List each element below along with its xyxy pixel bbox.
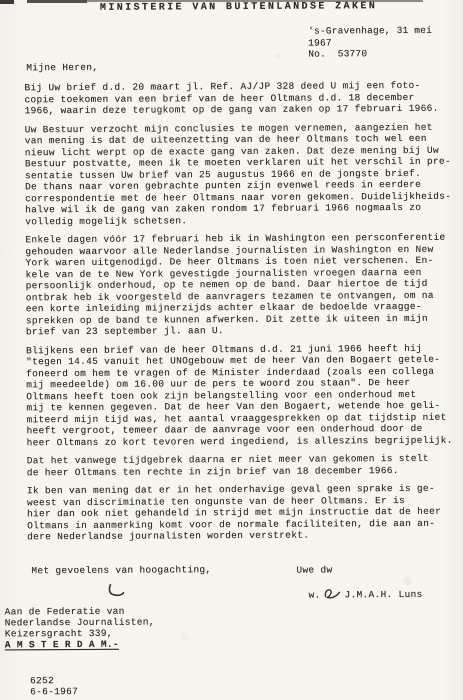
paragraph-2: Uw Bestuur verzocht mijn conclusies te m… <box>25 121 462 227</box>
typing-date: 6-6-1967 <box>30 686 78 697</box>
paragraph-3: Enkele dagen vóór 17 februari heb ik in … <box>25 232 462 338</box>
paragraph-1: Bij Uw brief d.d. 20 maart jl. Ref. AJ/J… <box>24 80 460 117</box>
reference-number: No. 53770 <box>308 48 461 60</box>
place-date: 's-Gravenhage, 31 mei 1967 <box>308 25 461 49</box>
valediction: Met gevoelens van hoogachting, <box>31 564 211 576</box>
letter-sheet: MINISTERIE VAN BUITENLANDSE ZAKEN 's-Gra… <box>0 0 463 700</box>
signature-flourish-icon <box>323 586 341 603</box>
registration-number: 6252 <box>30 675 78 686</box>
salutation: Mijne Heren, <box>26 62 98 73</box>
closing-courtesy: Uwe dw <box>296 564 332 575</box>
ministry-letterhead: MINISTERIE VAN BUITENLANDSE ZAKEN <box>100 1 377 14</box>
recipient-address: Aan de Federatie van Nederlandse Journal… <box>5 605 155 650</box>
paragraph-5: Dat het vanwege tijdgebrek daarna er nie… <box>27 453 463 479</box>
letter-page: MINISTERIE VAN BUITENLANDSE ZAKEN 's-Gra… <box>0 0 463 700</box>
paragraph-4: Blijkens een brief van de heer Oltmans d… <box>26 342 463 448</box>
registration-block: 6252 6-6-1967 <box>30 675 78 697</box>
recipient-city: A M S T E R D A M.- <box>5 638 155 650</box>
date-block: 's-Gravenhage, 31 mei 1967 No. 53770 <box>308 25 461 60</box>
handwritten-mark-icon <box>106 584 132 603</box>
signatory-name: J.M.A.H. Luns <box>344 589 422 600</box>
recipient-lines: Aan de Federatie van Nederlandse Journal… <box>5 605 155 639</box>
signed-abbreviation: w. <box>308 589 320 600</box>
signature-line: w. J.M.A.H. Luns <box>308 586 422 604</box>
letter-body: Bij Uw brief d.d. 20 maart jl. Ref. AJ/J… <box>24 80 463 550</box>
paragraph-6: Ik ben van mening dat er in het onderhav… <box>27 483 463 543</box>
